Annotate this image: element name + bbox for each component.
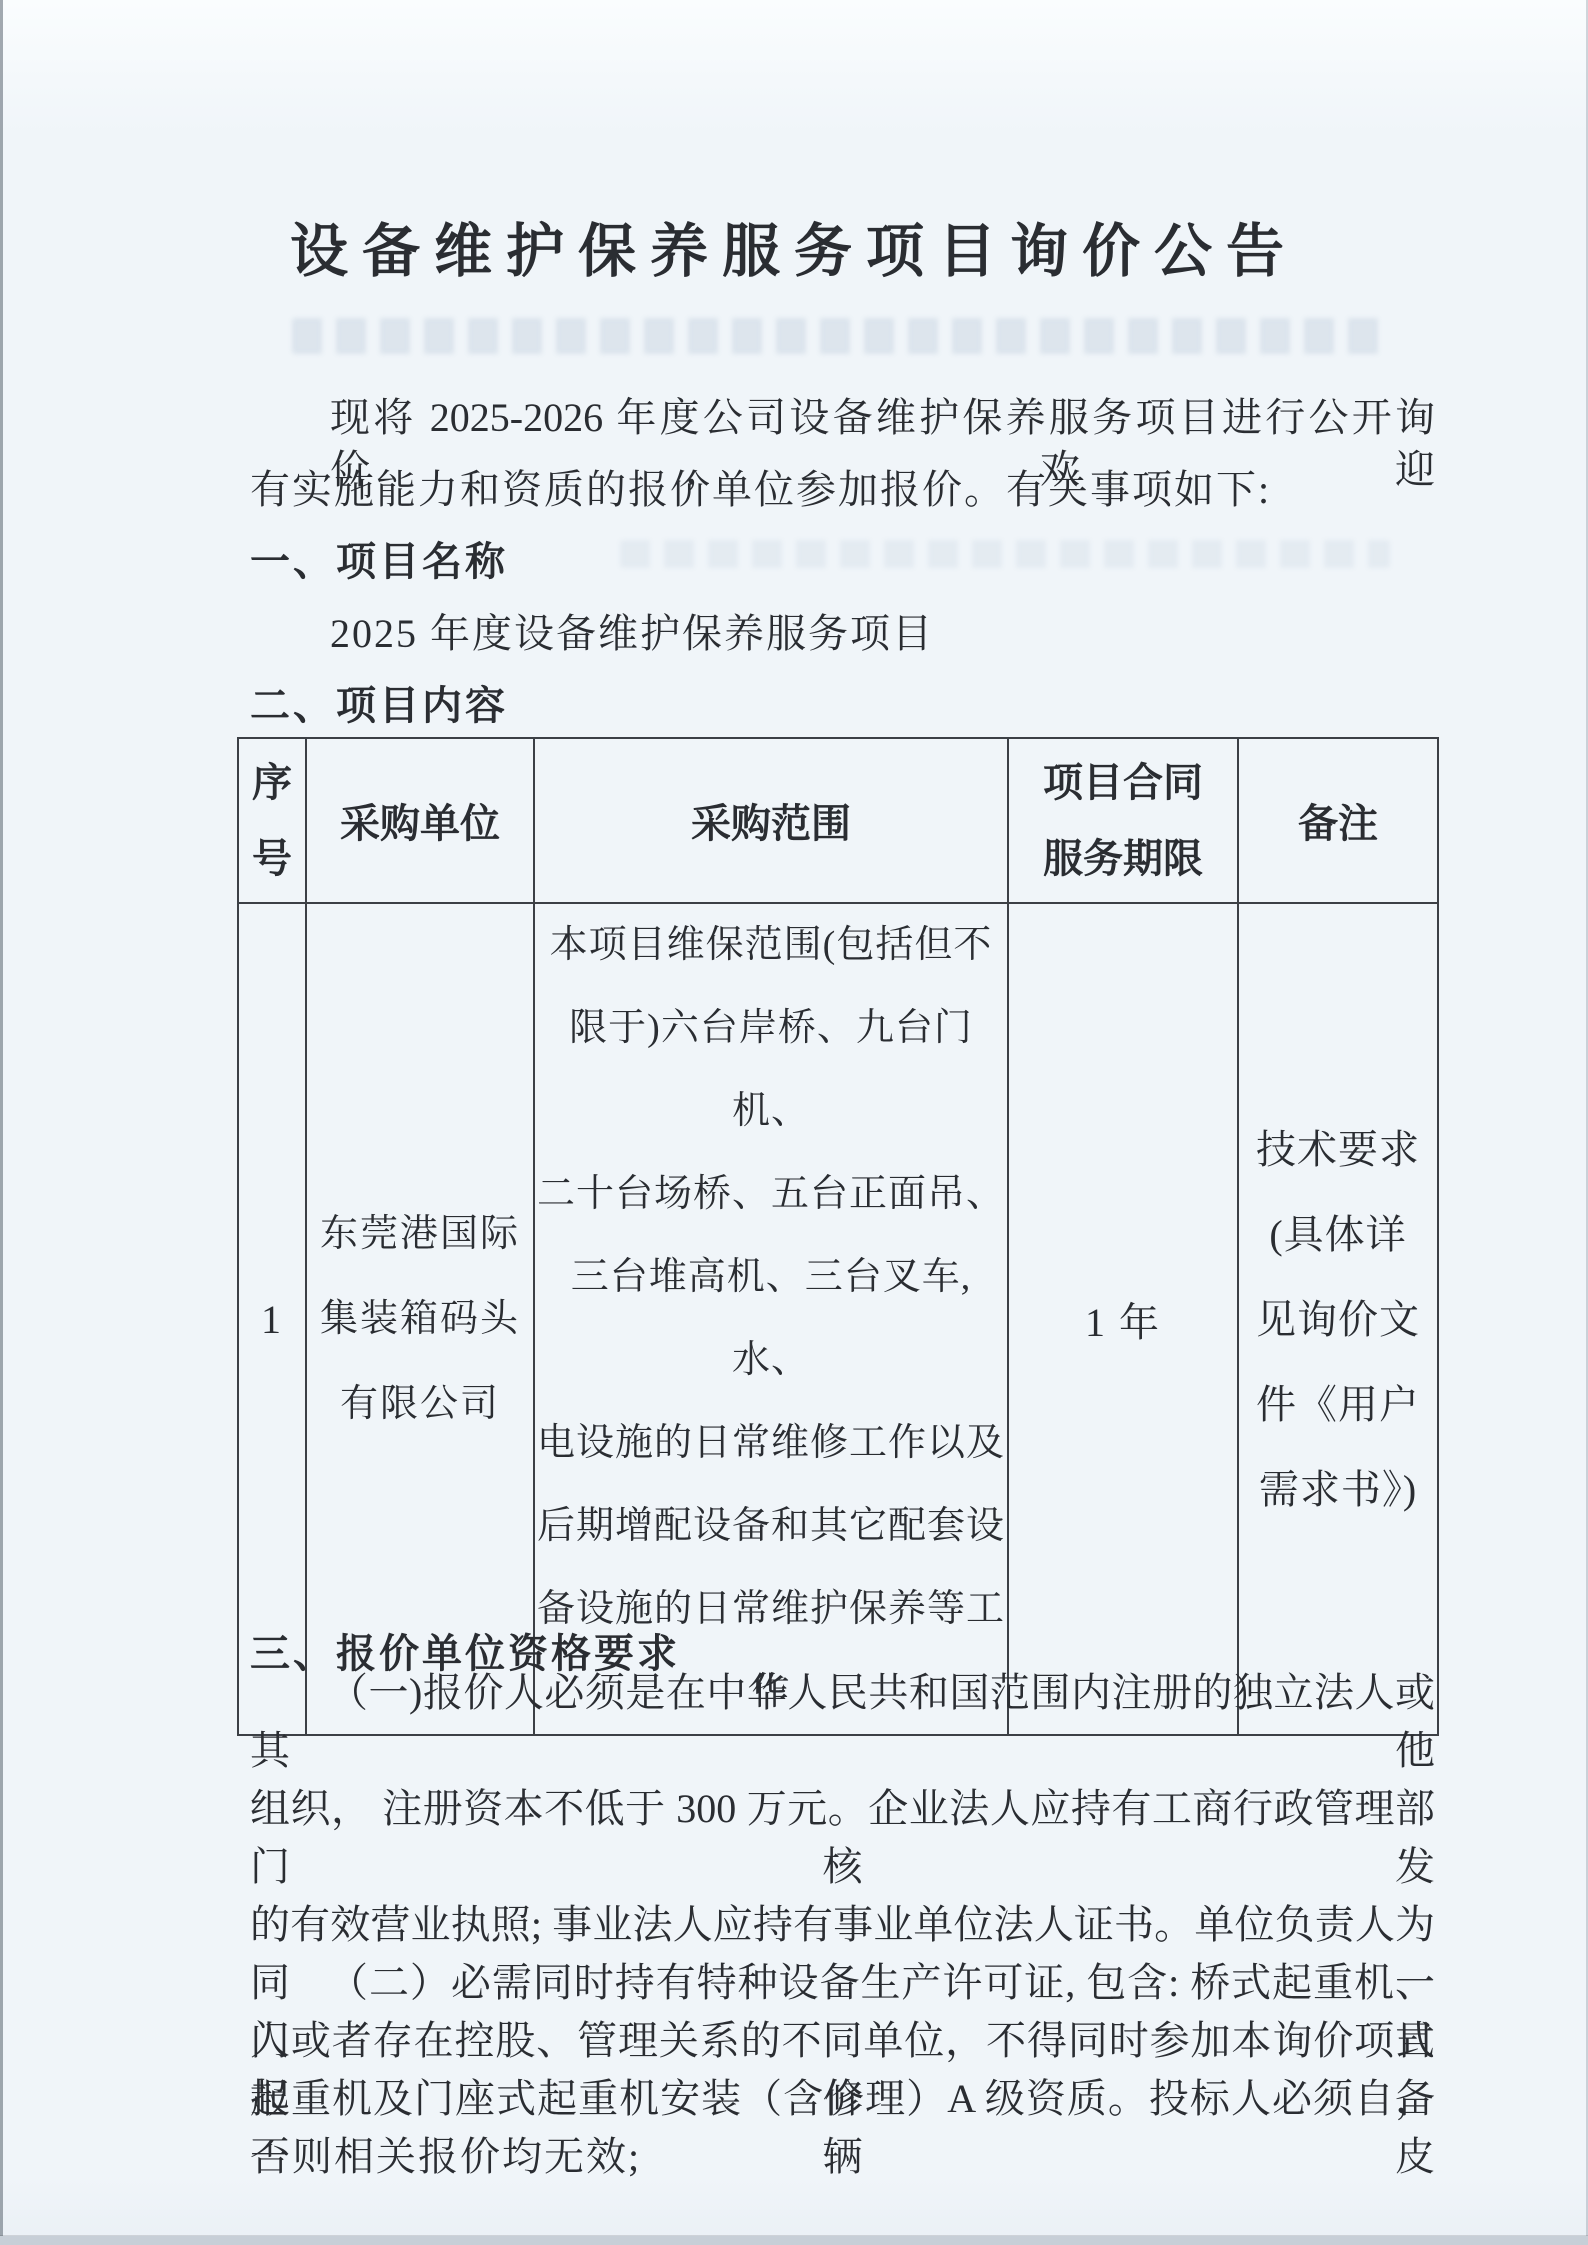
remark-line: 需求书》): [1239, 1447, 1437, 1532]
purchasing-unit-line: 东莞港国际: [307, 1192, 533, 1277]
section-heading-project-name: 一、项目名称: [250, 536, 508, 588]
intro-line-2: 有实施能力和资质的报价单位参加报价。有关事项如下:: [250, 464, 1271, 516]
purchasing-scope-line: 后期增配设备和其它配套设: [535, 1485, 1007, 1568]
purchasing-scope-line: 本项目维保范围(包括但不: [535, 904, 1007, 987]
remark-line: 件《用户: [1239, 1362, 1437, 1447]
table-row: 1 东莞港国际 集装箱码头 有限公司 本项目维保范围(包括但不 限于)六台岸桥、…: [238, 903, 1438, 1735]
section-heading-project-content: 二、项目内容: [250, 680, 508, 732]
column-header-seq-line: 序: [239, 745, 305, 821]
cell-contract-duration: 1 年: [1008, 903, 1238, 1735]
column-header-seq: 序 号: [238, 738, 306, 903]
project-name-text: 2025 年度设备维护保养服务项目: [330, 608, 934, 660]
cell-purchasing-scope: 本项目维保范围(包括但不 限于)六台岸桥、九台门机、 二十台场桥、五台正面吊、 …: [534, 903, 1008, 1735]
remark-line: 见询价文: [1239, 1277, 1437, 1362]
purchasing-scope-line: 三台堆高机、三台叉车,水、: [535, 1236, 1007, 1402]
column-header-scope: 采购范围: [534, 738, 1008, 903]
remark-line: (具体详: [1239, 1192, 1437, 1277]
column-header-seq-line: 号: [239, 821, 305, 897]
column-header-remark: 备注: [1238, 738, 1438, 903]
purchasing-unit-line: 集装箱码头: [307, 1277, 533, 1362]
cell-purchasing-unit: 东莞港国际 集装箱码头 有限公司: [306, 903, 534, 1735]
paragraph-line: 组织， 注册资本不低于 300 万元。企业法人应持有工商行政管理部门核发: [250, 1780, 1435, 1896]
column-header-duration-line: 服务期限: [1009, 821, 1237, 897]
scan-edge-bottom: [0, 2236, 1588, 2245]
purchasing-unit-line: 有限公司: [307, 1362, 533, 1447]
column-header-duration: 项目合同 服务期限: [1008, 738, 1238, 903]
table-header-row: 序 号 采购单位 采购范围 项目合同 服务期限 备注: [238, 738, 1438, 903]
column-header-duration-line: 项目合同: [1009, 745, 1237, 821]
remark-line: 技术要求: [1239, 1107, 1437, 1192]
scan-edge-left: [0, 0, 3, 2245]
paragraph-line: （一)报价人必须是在中华人民共和国范围内注册的独立法人或其他: [250, 1664, 1435, 1780]
cell-remark: 技术要求 (具体详 见询价文 件《用户 需求书》): [1238, 903, 1438, 1735]
purchasing-scope-line: 二十台场桥、五台正面吊、: [535, 1153, 1007, 1236]
project-content-table: 序 号 采购单位 采购范围 项目合同 服务期限 备注 1 东莞港国际 集装箱码头…: [237, 737, 1439, 1736]
purchasing-scope-line: 限于)六台岸桥、九台门机、: [535, 987, 1007, 1153]
document-title: 设备维护保养服务项目询价公告: [0, 212, 1588, 292]
purchasing-scope-line: 电设施的日常维修工作以及: [535, 1402, 1007, 1485]
paragraph-line: （二）必需同时持有特种设备生产许可证, 包含: 桥式起重机、门式: [250, 1954, 1435, 2070]
paragraph-line: 起重机及门座式起重机安装（含修理）A 级资质。投标人必须自备一辆皮: [250, 2070, 1435, 2186]
bleedthrough-ghost-2: [620, 540, 1390, 568]
cell-seq: 1: [238, 903, 306, 1735]
scanned-document-page: 设备维护保养服务项目询价公告 现将 2025-2026 年度公司设备维护保养服务…: [0, 0, 1588, 2245]
qualification-paragraph-2: （二）必需同时持有特种设备生产许可证, 包含: 桥式起重机、门式 起重机及门座式…: [250, 1954, 1435, 2186]
column-header-unit: 采购单位: [306, 738, 534, 903]
bleedthrough-ghost-1: [292, 318, 1380, 354]
